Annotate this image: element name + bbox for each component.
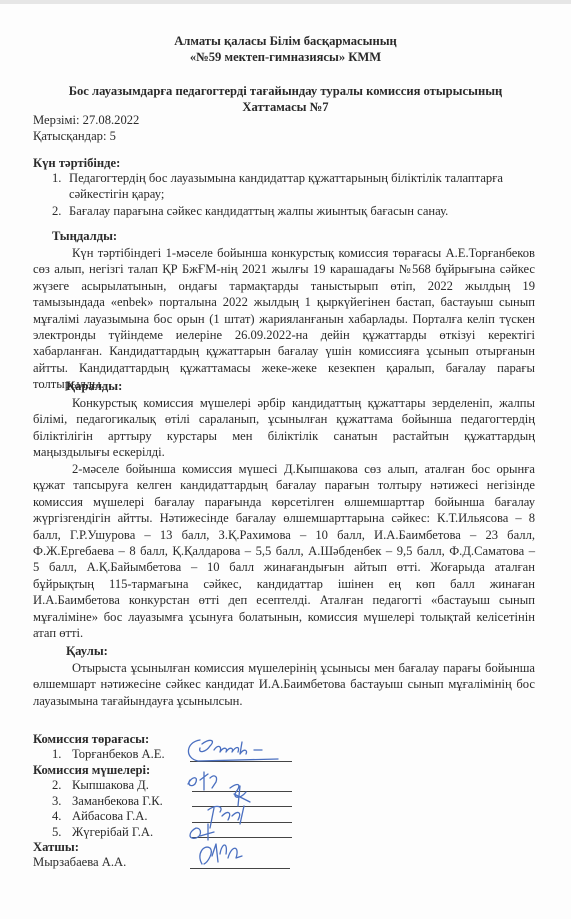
member-name: Айбасова Г.А. [72, 809, 148, 824]
decision-heading: Қаулы: [66, 644, 108, 659]
member-number: 5. [52, 825, 61, 840]
paragraph-line: комиссия мүшелері бағалау парағында көрс… [33, 494, 535, 510]
member-number: 4. [52, 809, 61, 824]
member-name: Заманбекова Г.К. [72, 794, 163, 809]
agenda-item: 2. Бағалау парағына сәйкес кандидаттың ж… [52, 203, 542, 219]
chair-heading: Комиссия төрағасы: [33, 732, 149, 747]
handwritten-signatures-icon [180, 732, 300, 872]
paragraph-line: біліктілігін арттыру курстары мен білікт… [33, 428, 535, 444]
paragraph-line: балл, Г.Р.Ушурова – 13 балл, З.Қ.Рахимов… [33, 527, 535, 543]
org-name-line1: Алматы қаласы Білім басқармасының [0, 34, 571, 49]
paragraph-line: мұғаліміне» бос лауазымға ұсынуға болаты… [33, 609, 535, 625]
heard-heading: Тыңдалды: [52, 229, 117, 244]
attendees-count: Қатысқандар: 5 [33, 129, 116, 144]
member-name: Жүгерібай Г.А. [72, 825, 153, 840]
considered-heading: Қаралды: [66, 379, 122, 394]
paragraph-line: Конкурстық комиссия мүшелері әрбір канди… [33, 395, 535, 411]
paragraph-line: айтты. Кандидаттардың құжаттамасы жеке-ж… [33, 360, 535, 376]
org-name-line2: «№59 мектеп-гимназиясы» КММ [0, 50, 571, 65]
chair-number: 1. [52, 747, 61, 762]
agenda-list: 1. Педагогтердің бос лауазымына кандидат… [52, 170, 542, 219]
agenda-heading: Күн тәртібінде: [33, 156, 120, 171]
paragraph-line: Ф.Ж.Ергебаева – 8 балл, Қ.Қалдарова – 5,… [33, 543, 535, 559]
agenda-item: 1. Педагогтердің бос лауазымына кандидат… [52, 170, 542, 203]
paragraph-line: құжат тапсыруға келген кандидаттардың ба… [33, 477, 535, 493]
paragraph-line: жүзеге асырылатынын, ондағы тармақтарды … [33, 278, 535, 294]
paragraph-line: Күн тәртібіндегі 1-мәселе бойынша конкур… [33, 245, 535, 261]
paragraph-line: жүргізгендігін айтты. Нәтижесінде бағала… [33, 510, 535, 526]
paragraph-line: маңыздылығы ескерілді. [33, 444, 535, 460]
considered-paragraph-2: 2-мәселе бойынша комиссия мүшесі Д.Кыпша… [33, 461, 535, 641]
paragraph-line: мұғалімі лауазымына бос орын (1 штат) жа… [33, 311, 535, 327]
member-number: 3. [52, 794, 61, 809]
chair-name: Торғанбеков А.Е. [72, 747, 165, 762]
paragraph-line: тамызындада «enbek» порталына 2022 жылды… [33, 294, 535, 310]
paragraph-line: 5 балл, А.Қ.Байымбетова – 10 балл жинаға… [33, 559, 535, 575]
paragraph-line: сөз алып, негізгі талап ҚР БжҒМ-нің 2021… [33, 261, 535, 277]
member-number: 2. [52, 778, 61, 793]
meeting-date: Мерзімі: 27.08.2022 [33, 113, 139, 128]
paragraph-line: бұйрықтың 115-тармағына сәйкес, кандидат… [33, 576, 535, 592]
secretary-heading: Хатшы: [33, 840, 79, 855]
heard-paragraph: Күн тәртібіндегі 1-мәселе бойынша конкур… [33, 245, 535, 393]
member-name: Кыпшакова Д. [72, 778, 149, 793]
members-heading: Комиссия мүшелері: [33, 763, 150, 778]
paragraph-line: 2-мәселе бойынша комиссия мүшесі Д.Кыпша… [33, 461, 535, 477]
considered-paragraph-1: Конкурстық комиссия мүшелері әрбір канди… [33, 395, 535, 461]
paragraph-line: лауазымына тағайындауға ұсынылсын. [33, 693, 535, 709]
decision-paragraph: Отырыста ұсынылған комиссия мүшелерінің … [33, 660, 535, 709]
paragraph-line: электронды түйіндеме иелеріне 26.09.2022… [33, 327, 535, 343]
document-page: Алматы қаласы Білім басқармасының «№59 м… [0, 0, 571, 919]
paragraph-line: Отырыста ұсынылған комиссия мүшелерінің … [33, 660, 535, 676]
paragraph-line: хабарланған. Кандидаттардың құжаттарын б… [33, 343, 535, 359]
paragraph-line: атап өтті. [33, 625, 535, 641]
document-title: Бос лауазымдарға педагогтерді тағайындау… [0, 84, 571, 99]
secretary-name: Мырзабаева А.А. [33, 855, 126, 870]
paragraph-line: өлшемшарт нәтижесіне сәйкес кандидат И.А… [33, 676, 535, 692]
paragraph-line: білімі, педагогикалық өтілі сараланып, ұ… [33, 411, 535, 427]
paragraph-line: И.А.Баимбетова конкурстан өтті деп есепт… [33, 592, 535, 608]
